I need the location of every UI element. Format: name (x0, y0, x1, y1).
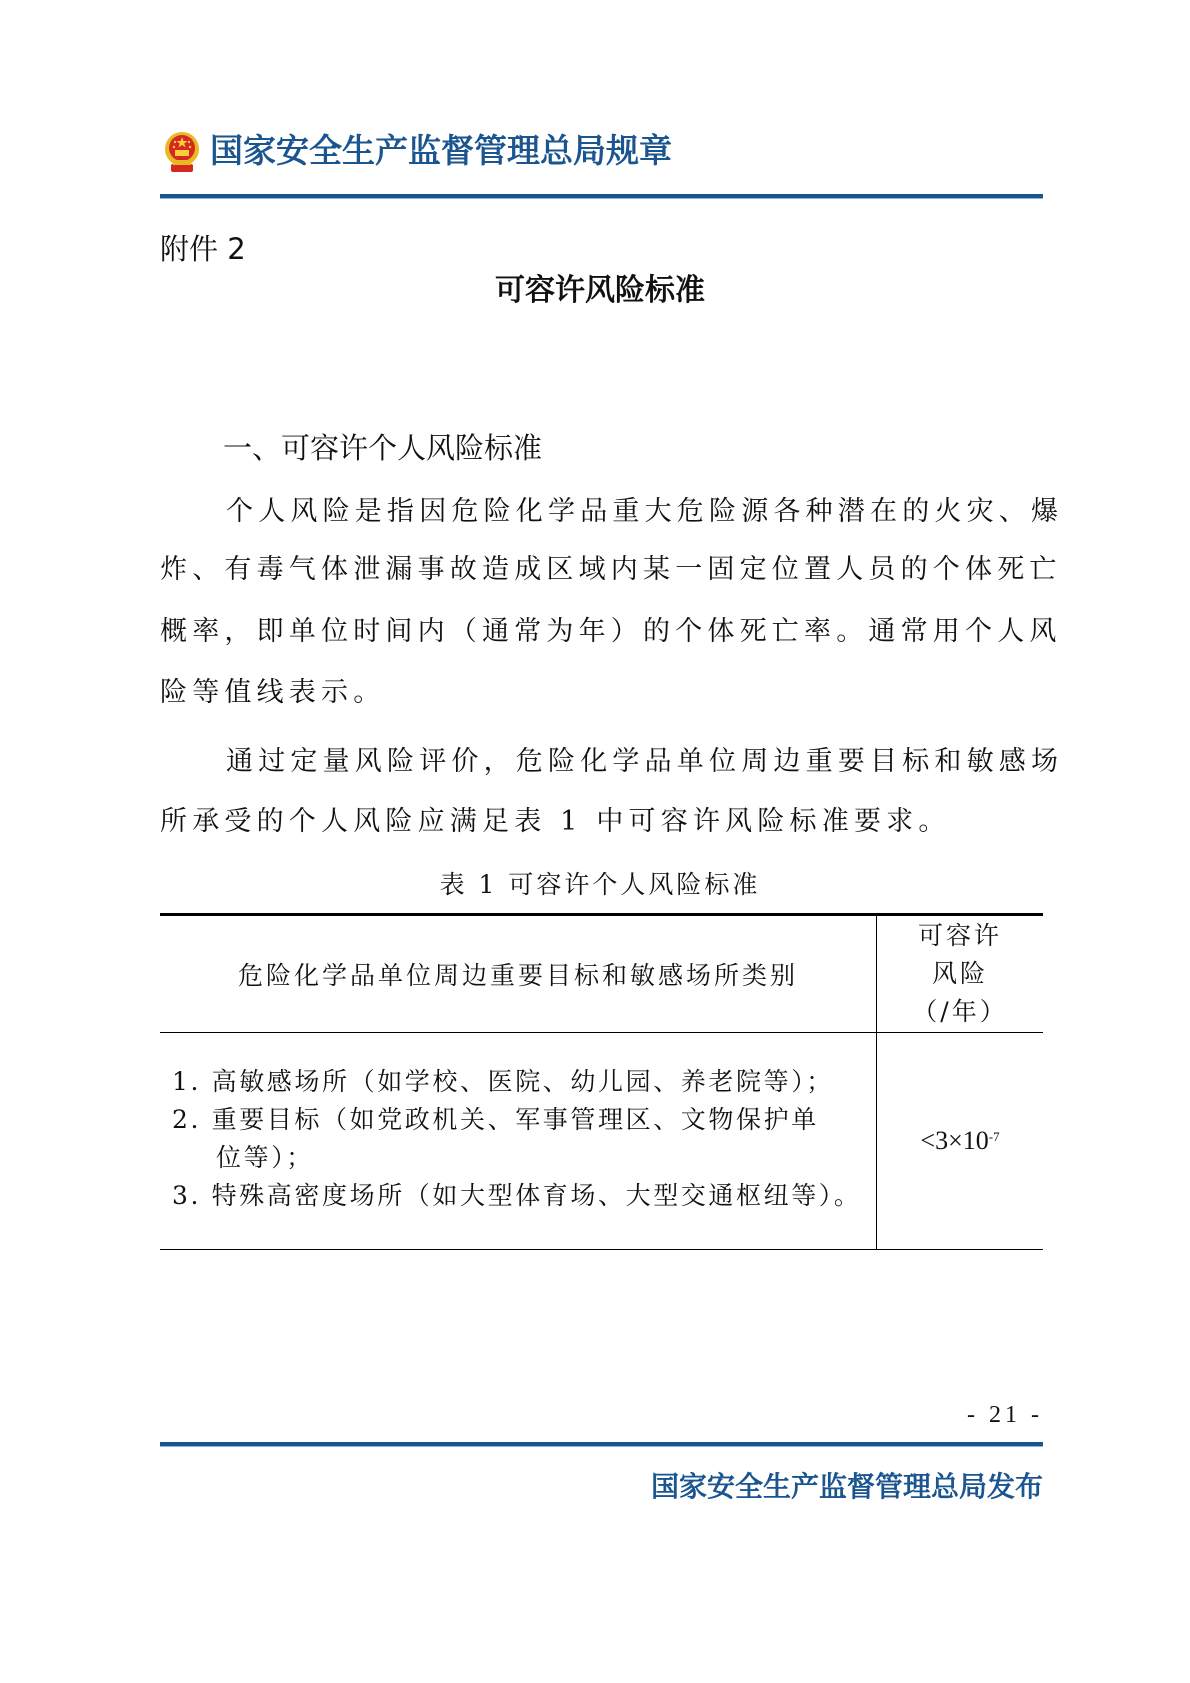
header-divider (160, 194, 1043, 198)
paragraph-line: 通过定量风险评价，危险化学品单位周边重要目标和敏感场 (160, 742, 1043, 782)
table-header-risk-line: （/年） (912, 993, 1007, 1031)
paragraph-line: 概率，即单位时间内（通常为年）的个体死亡率。通常用个人风 (160, 612, 1043, 652)
national-emblem-icon (163, 130, 201, 175)
header-title: 国家安全生产监督管理总局规章 (210, 131, 672, 171)
table-header-risk-line: 可容许 (918, 917, 1002, 955)
paragraph-line: 险等值线表示。 (160, 673, 1043, 713)
paragraph-line: 所承受的个人风险应满足表 1 中可容许风险标准要求。 (160, 802, 1043, 842)
table-cell-category: 1. 高敏感场所（如学校、医院、幼儿园、养老院等）； 2. 重要目标（如党政机关… (172, 1063, 872, 1215)
paragraph-line: 个人风险是指因危险化学品重大危险源各种潜在的火灾、爆 (160, 492, 1043, 532)
page-number: - 21 - (967, 1400, 1043, 1430)
document-title: 可容许风险标准 (0, 272, 1190, 310)
category-item: 2. 重要目标（如党政机关、军事管理区、文物保护单 (172, 1101, 872, 1139)
table-bottom-rule (160, 1249, 1043, 1250)
paragraph-line: 炸、有毒气体泄漏事故造成区域内某一固定位置人员的个体死亡 (160, 550, 1043, 590)
category-item: 3. 特殊高密度场所（如大型体育场、大型交通枢纽等）。 (172, 1177, 872, 1215)
table-caption: 表 1 可容许个人风险标准 (0, 866, 1190, 904)
category-item-continuation: 位等）； (172, 1139, 872, 1177)
table-header-category: 危险化学品单位周边重要目标和敏感场所类别 (160, 916, 876, 1032)
table-cell-risk-value: <3×10-7 (877, 1033, 1043, 1249)
risk-value-base: <3×10 (920, 1126, 988, 1156)
table-header-risk-line: 风险 (932, 955, 988, 993)
table-header-risk: 可容许 风险 （/年） (877, 916, 1043, 1032)
risk-value-exponent: -7 (989, 1129, 1000, 1145)
footer-divider (160, 1442, 1043, 1446)
attachment-label: 附件 2 (160, 230, 246, 268)
footer-publisher: 国家安全生产监督管理总局发布 (651, 1468, 1043, 1506)
risk-standard-table: 危险化学品单位周边重要目标和敏感场所类别 可容许 风险 （/年） 1. 高敏感场… (160, 913, 1043, 1251)
section-heading: 一、可容许个人风险标准 (223, 428, 542, 468)
category-item: 1. 高敏感场所（如学校、医院、幼儿园、养老院等）； (172, 1063, 872, 1101)
